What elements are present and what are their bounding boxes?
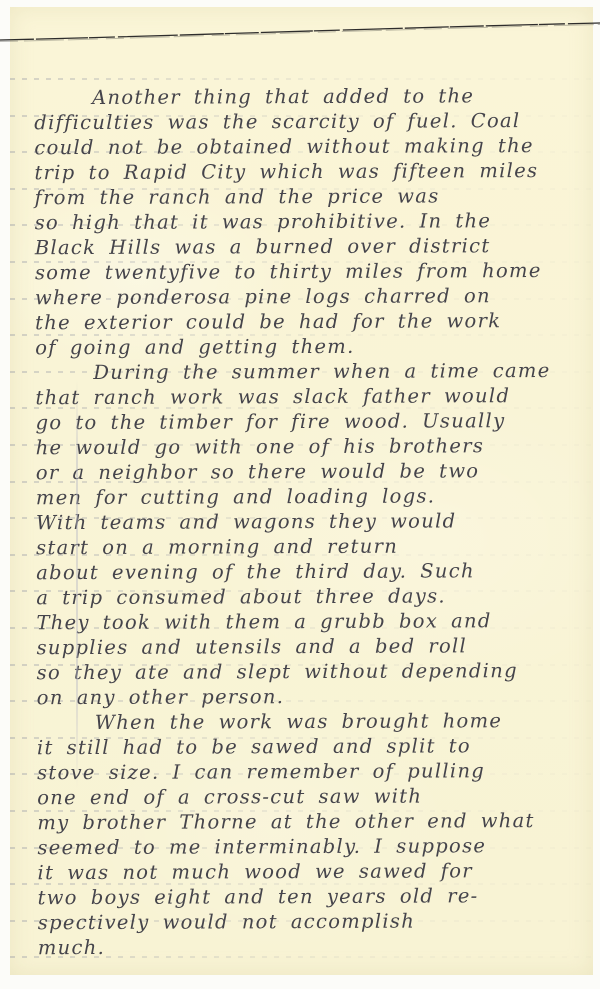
handwritten-line: difficulties was the scarcity of fuel. C… bbox=[34, 108, 590, 135]
handwritten-line: could not be obtained without making the bbox=[34, 133, 590, 160]
handwritten-line: about evening of the third day. Such bbox=[36, 558, 592, 585]
handwritten-line: two boys eight and ten years old re- bbox=[38, 883, 594, 910]
handwritten-line: my brother Thorne at the other end what bbox=[37, 808, 593, 835]
handwritten-line: When the work was brought home bbox=[37, 708, 593, 735]
handwritten-text: Another thing that added to thedifficult… bbox=[34, 83, 594, 960]
ruled-line bbox=[10, 78, 593, 80]
handwritten-line: Another thing that added to the bbox=[34, 83, 590, 110]
handwritten-line: supplies and utensils and a bed roll bbox=[36, 633, 592, 660]
handwritten-line: so high that it was prohibitive. In the bbox=[35, 208, 591, 235]
handwritten-line: it was not much wood we sawed for bbox=[37, 858, 593, 885]
paragraph: Another thing that added to thedifficult… bbox=[34, 83, 591, 360]
handwritten-line: go to the timber for fire wood. Usually bbox=[36, 408, 592, 435]
handwritten-line: from the ranch and the price was bbox=[35, 183, 591, 210]
handwritten-line: on any other person. bbox=[37, 683, 593, 710]
handwritten-line: stove size. I can remember of pulling bbox=[37, 758, 593, 785]
handwritten-line: trip to Rapid City which was fifteen mil… bbox=[34, 158, 590, 185]
handwritten-line: some twentyfive to thirty miles from hom… bbox=[35, 258, 591, 285]
handwritten-line: They took with them a grubb box and bbox=[36, 608, 592, 635]
handwritten-line: so they ate and slept without depending bbox=[37, 658, 593, 685]
handwritten-line: the exterior could be had for the work bbox=[35, 308, 591, 335]
handwritten-line: one end of a cross-cut saw with bbox=[37, 783, 593, 810]
handwritten-line: Black Hills was a burned over district bbox=[35, 233, 591, 260]
scanned-page: Another thing that added to thedifficult… bbox=[0, 0, 600, 989]
handwritten-line: he would go with one of his brothers bbox=[36, 433, 592, 460]
paper-sheet: Another thing that added to thedifficult… bbox=[10, 7, 593, 975]
handwritten-line: that ranch work was slack father would bbox=[35, 383, 591, 410]
paragraph: During the summer when a time camethat r… bbox=[35, 358, 593, 710]
handwritten-line: a trip consumed about three days. bbox=[36, 583, 592, 610]
handwritten-line: where ponderosa pine logs charred on bbox=[35, 283, 591, 310]
handwritten-line: seemed to me interminably. I suppose bbox=[37, 833, 593, 860]
handwritten-line: it still had to be sawed and split to bbox=[37, 733, 593, 760]
handwritten-line: start on a morning and return bbox=[36, 533, 592, 560]
handwritten-line: or a neighbor so there would be two bbox=[36, 458, 592, 485]
handwritten-line: men for cutting and loading logs. bbox=[36, 483, 592, 510]
handwritten-line: With teams and wagons they would bbox=[36, 508, 592, 535]
handwritten-line: During the summer when a time came bbox=[35, 358, 591, 385]
handwritten-line: much. bbox=[38, 933, 594, 960]
paragraph: When the work was brought homeit still h… bbox=[37, 708, 594, 960]
handwritten-line: of going and getting them. bbox=[35, 333, 591, 360]
paper-crease bbox=[76, 379, 78, 789]
handwritten-line: spectively would not accomplish bbox=[38, 908, 594, 935]
